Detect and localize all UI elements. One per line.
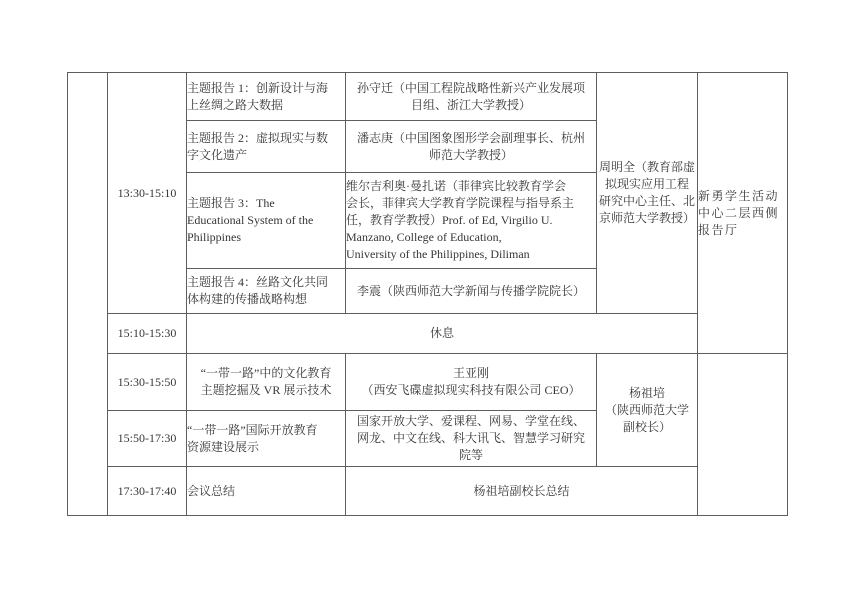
table-row: 13:30-15:10 主题报告 1：创新设计与海 上丝绸之路大数据 孙守迁（中… xyxy=(68,73,788,121)
time-label: 15:30-15:50 xyxy=(108,374,186,391)
report1-title-cell: 主题报告 1：创新设计与海 上丝绸之路大数据 xyxy=(187,73,346,121)
document-page: 13:30-15:10 主题报告 1：创新设计与海 上丝绸之路大数据 孙守迁（中… xyxy=(0,0,850,601)
time-cell-session8: 17:30-17:40 xyxy=(108,467,187,516)
report4-title: 主题报告 4：丝路文化共同 体构建的传播战略构想 xyxy=(187,274,345,308)
moderator-block1-cell: 周明全（教育部虚 拟现实应用工程 研究中心主任、北 京师范大学教授） xyxy=(597,73,698,314)
report4-title-cell: 主题报告 4：丝路文化共同 体构建的传播战略构想 xyxy=(187,269,346,314)
break-label: 休息 xyxy=(187,325,697,342)
report1-speaker: 孙守迁（中国工程院战略性新兴产业发展项 目组、浙江大学教授） xyxy=(346,80,596,114)
time-cell-block1: 13:30-15:10 xyxy=(108,73,187,314)
break-cell: 休息 xyxy=(187,314,698,354)
venue-cell: 新勇学生活动 中心二层西侧 报告厅 xyxy=(698,73,788,354)
report4-speaker: 李震（陕西师范大学新闻与传播学院院长） xyxy=(346,283,596,300)
moderator-block1: 周明全（教育部虚 拟现实应用工程 研究中心主任、北 京师范大学教授） xyxy=(597,159,697,227)
session7-speaker-cell: 国家开放大学、爱课程、网易、学堂在线、 网龙、中文在线、科大讯飞、智慧学习研究 … xyxy=(346,411,597,467)
left-margin-cell xyxy=(68,73,108,516)
report1-title: 主题报告 1：创新设计与海 上丝绸之路大数据 xyxy=(187,80,345,114)
report2-title-cell: 主题报告 2：虚拟现实与数 字文化遗产 xyxy=(187,121,346,173)
session8-title-cell: 会议总结 xyxy=(187,467,346,516)
session6-title: “一带一路”中的文化教育 主题挖掘及 VR 展示技术 xyxy=(187,365,345,399)
moderator-block2-cell: 杨祖培 （陕西师范大学 副校长） xyxy=(597,354,698,467)
venue-label: 新勇学生活动 中心二层西侧 报告厅 xyxy=(698,188,787,239)
report2-title: 主题报告 2：虚拟现实与数 字文化遗产 xyxy=(187,130,345,164)
report3-speaker-cell: 维尔吉利奥·曼扎诺（菲律宾比较教育学会 会长，菲律宾大学教育学院课程与指导系主 … xyxy=(346,173,597,269)
time-cell-session7: 15:50-17:30 xyxy=(108,411,187,467)
report1-speaker-cell: 孙守迁（中国工程院战略性新兴产业发展项 目组、浙江大学教授） xyxy=(346,73,597,121)
session6-speaker-cell: 王亚刚 （西安飞碟虚拟现实科技有限公司 CEO） xyxy=(346,354,597,411)
report3-speaker: 维尔吉利奥·曼扎诺（菲律宾比较教育学会 会长，菲律宾大学教育学院课程与指导系主 … xyxy=(346,178,596,263)
session7-title-cell: “一带一路”国际开放教育 资源建设展示 xyxy=(187,411,346,467)
table-row: 15:30-15:50 “一带一路”中的文化教育 主题挖掘及 VR 展示技术 王… xyxy=(68,354,788,411)
moderator-block2: 杨祖培 （陕西师范大学 副校长） xyxy=(597,385,697,436)
time-label: 17:30-17:40 xyxy=(108,483,186,500)
table-row: 15:10-15:30 休息 xyxy=(68,314,788,354)
time-label: 15:50-17:30 xyxy=(108,430,186,447)
report3-title: 主题报告 3：The Educational System of the Phi… xyxy=(187,195,345,246)
report4-speaker-cell: 李震（陕西师范大学新闻与传播学院院长） xyxy=(346,269,597,314)
table-row: 17:30-17:40 会议总结 杨祖培副校长总结 xyxy=(68,467,788,516)
report2-speaker: 潘志庚（中国图象图形学会副理事长、杭州 师范大学教授） xyxy=(346,130,596,164)
session8-summary: 杨祖培副校长总结 xyxy=(346,483,697,500)
session7-speaker: 国家开放大学、爱课程、网易、学堂在线、 网龙、中文在线、科大讯飞、智慧学习研究 … xyxy=(346,413,596,464)
conference-schedule-table: 13:30-15:10 主题报告 1：创新设计与海 上丝绸之路大数据 孙守迁（中… xyxy=(67,72,788,516)
session6-speaker: 王亚刚 （西安飞碟虚拟现实科技有限公司 CEO） xyxy=(346,365,596,399)
venue-empty-cell xyxy=(698,354,788,516)
time-cell-session6: 15:30-15:50 xyxy=(108,354,187,411)
report3-title-cell: 主题报告 3：The Educational System of the Phi… xyxy=(187,173,346,269)
session8-title: 会议总结 xyxy=(187,483,345,500)
time-cell-break: 15:10-15:30 xyxy=(108,314,187,354)
session6-title-cell: “一带一路”中的文化教育 主题挖掘及 VR 展示技术 xyxy=(187,354,346,411)
report2-speaker-cell: 潘志庚（中国图象图形学会副理事长、杭州 师范大学教授） xyxy=(346,121,597,173)
session7-title: “一带一路”国际开放教育 资源建设展示 xyxy=(187,422,345,456)
time-label: 15:10-15:30 xyxy=(108,325,186,342)
time-label: 13:30-15:10 xyxy=(108,185,186,202)
session8-summary-cell: 杨祖培副校长总结 xyxy=(346,467,698,516)
